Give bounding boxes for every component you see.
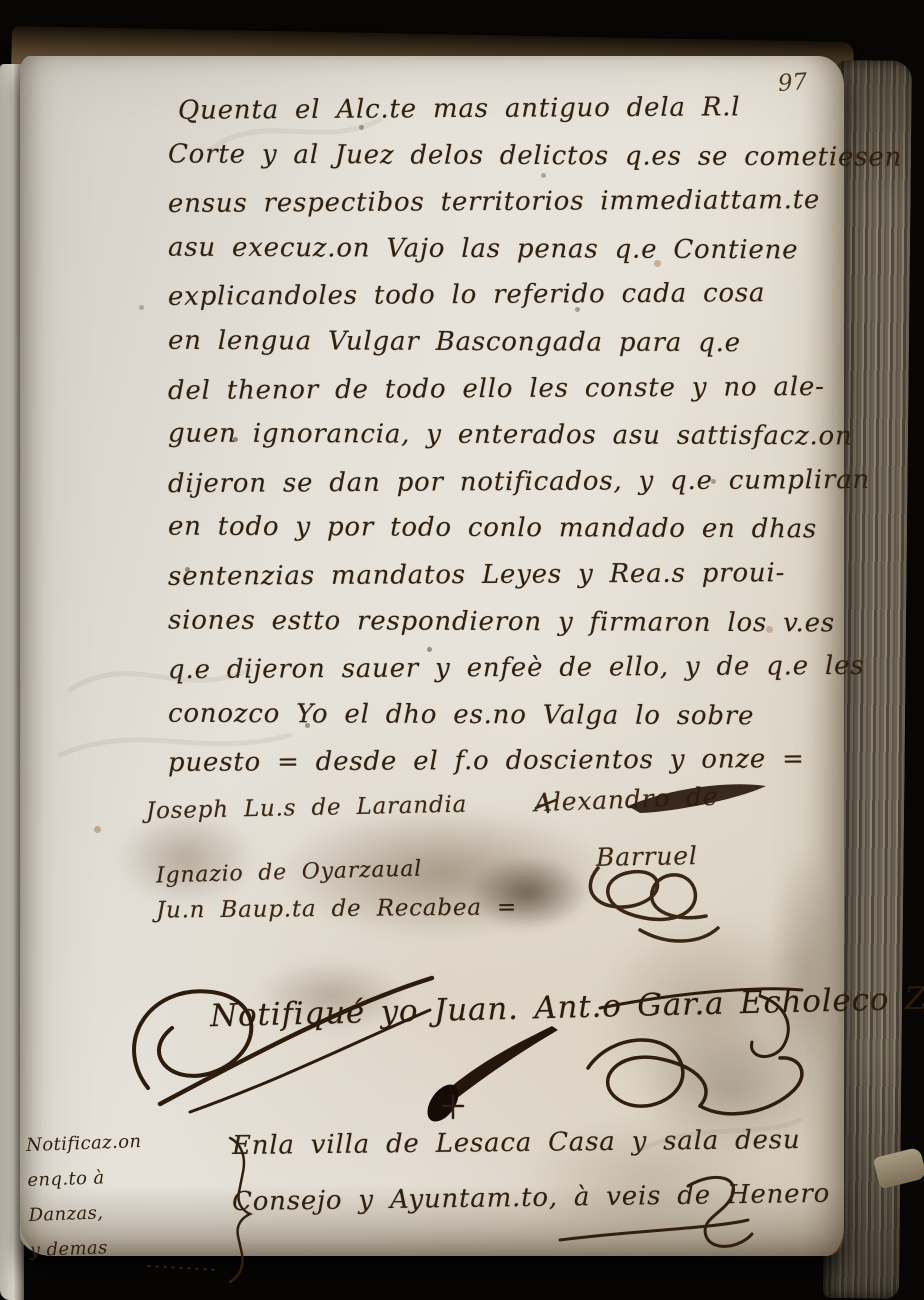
manuscript-line: guen ignorancia, y enterados asu sattisf… <box>168 419 853 452</box>
photo-background: 97 Quenta el Alc.te mas antiguo dela R.l… <box>0 0 924 1300</box>
folio-number: 97 <box>777 69 808 97</box>
manuscript-line: en lengua Vulgar Bascongada para q.e <box>168 326 741 358</box>
manuscript-line: siones estto respondieron y firmaron los… <box>168 605 835 638</box>
manuscript-line: conozco Yo el dho es.no Valga lo sobre <box>168 699 754 732</box>
paper-foxing-spots <box>20 56 23 59</box>
ink-smudge-stain <box>256 961 406 1031</box>
manuscript-line: asu execuz.on Vajo las penas q.e Contien… <box>168 232 798 265</box>
paper-stain <box>516 1116 786 1246</box>
paper-stain <box>768 846 843 1096</box>
manuscript-page: 97 Quenta el Alc.te mas antiguo dela R.l… <box>20 56 844 1256</box>
margin-note-line: enq.to à <box>27 1159 143 1198</box>
signature-alexandro-line2: Barruel <box>596 841 698 872</box>
ink-smudge-stain <box>116 811 256 906</box>
signature-alexandro-line1: Alexandro de <box>534 782 719 817</box>
margin-note-line: Danzas, <box>28 1194 144 1233</box>
margin-note: Notificaz.on enq.to à Danzas, y demas <box>26 1124 146 1268</box>
manuscript-line: Corte y al Juez delos delictos q.es se c… <box>168 139 902 172</box>
manuscript-line: explicandoles todo lo referido cada cosa <box>168 279 765 313</box>
margin-note-line: Notificaz.on <box>26 1124 142 1163</box>
margin-note-line: y demas <box>29 1229 145 1268</box>
manuscript-line: Quenta el Alc.te mas antiguo dela R.l <box>178 92 741 125</box>
manuscript-line: dijeron se dan por notificados, y q.e cu… <box>168 465 870 499</box>
manuscript-line: en todo y por todo conlo mandado en dhas <box>168 512 817 545</box>
ink-blot-stain <box>468 856 588 930</box>
manuscript-line: del thenor de todo ello les conste y no … <box>168 372 825 406</box>
manuscript-line: sentenzias mandatos Leyes y Rea.s proui- <box>168 558 785 592</box>
manuscript-line: q.e dijeron sauer y enfeè de ello, y de … <box>168 651 865 685</box>
manuscript-line: puesto = desde el f.o doscientos y onze … <box>168 744 805 778</box>
manuscript-line: ensus respectibos territorios immediatta… <box>168 185 820 219</box>
